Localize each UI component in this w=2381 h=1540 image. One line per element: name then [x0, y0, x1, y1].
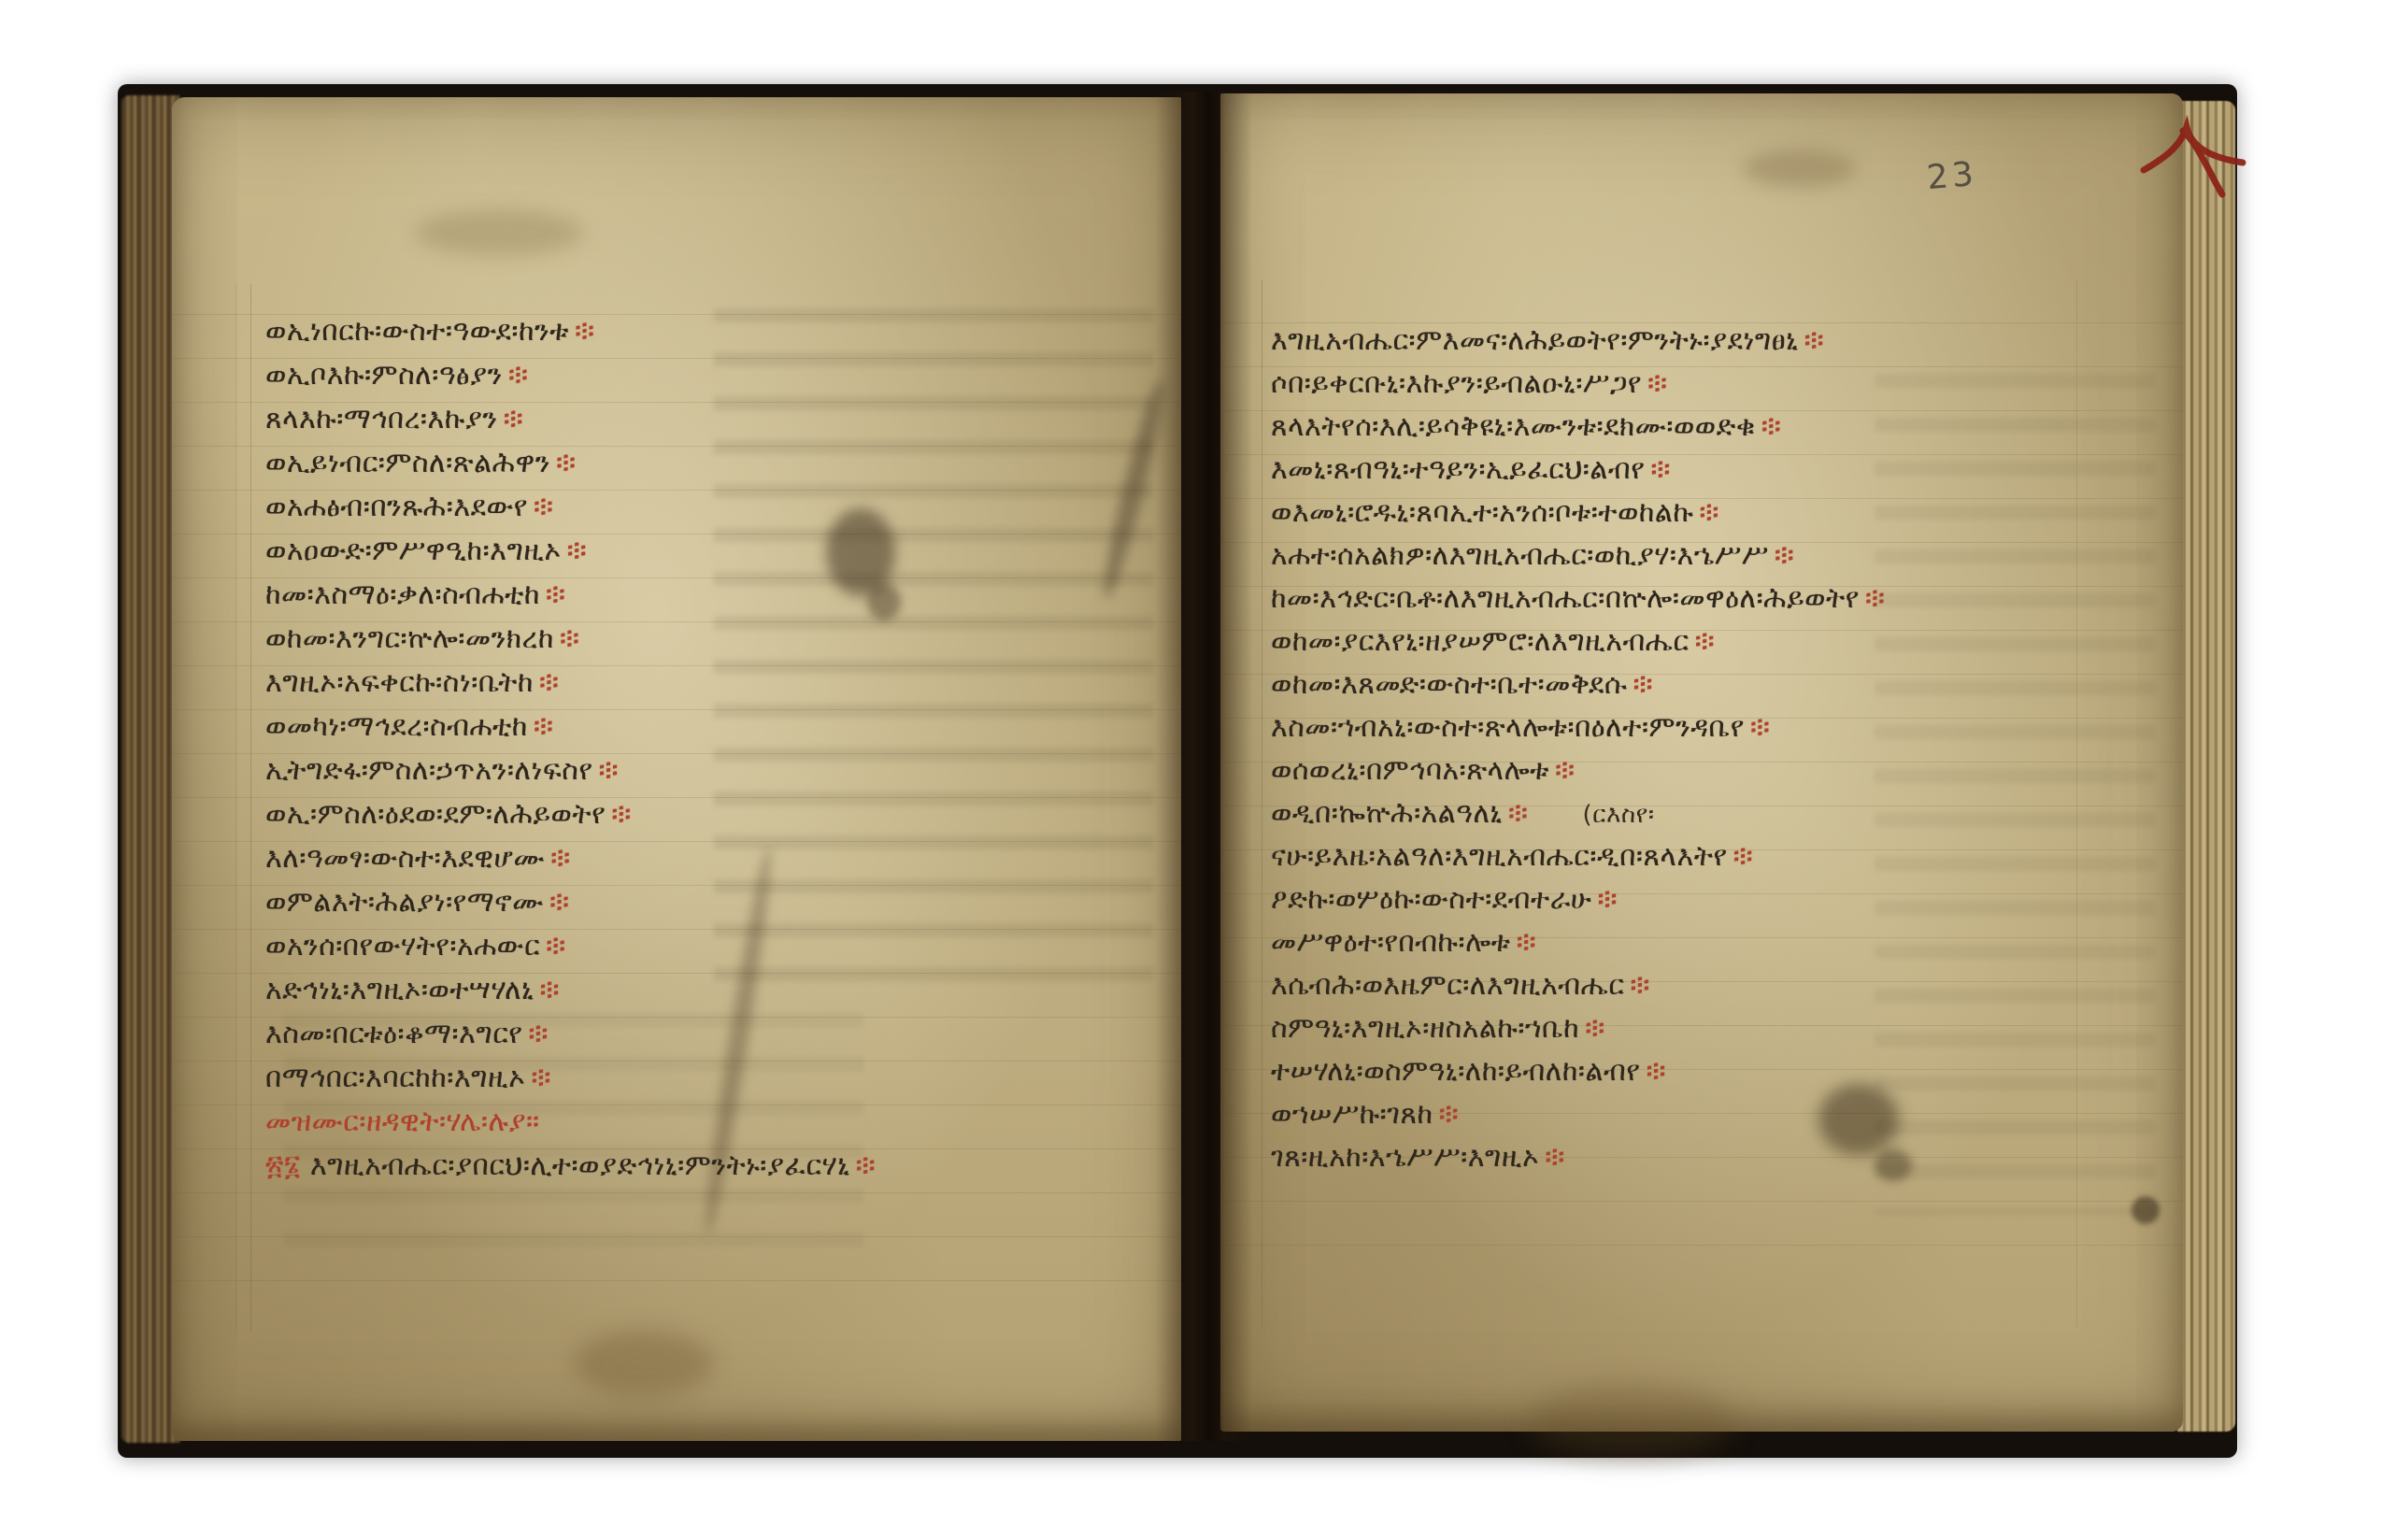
verse-mark: ፨	[550, 842, 571, 875]
verse-line: ከመ፡እኅድር፡ቤቶ፡ለእግዚአብሔር፡በኵሎ፡መዋዕለ፡ሕይወትየ፨	[1271, 578, 1885, 621]
verse-line: ወእመኒ፡ሮዱኒ፡ጸባኢተ፡አንሰ፡ቦቱ፡ተወከልኩ፨	[1271, 492, 1885, 535]
verse-mark: ፨	[1650, 453, 1671, 486]
verse-line: እስመ፡ኀብአኒ፡ውስተ፡ጽላሎቱ፡በዕለተ፡ምንዳቤየ፨	[1271, 707, 1885, 750]
verse-line: እሴብሕ፡ወእዜምር፡ለእግዚአብሔር፨	[1271, 965, 1885, 1008]
page-number: 23	[1925, 155, 1978, 198]
verse-line: እግዚኦ፡አፍቀርኩ፡ስነ፡ቤትከ፨	[265, 662, 876, 706]
verse-text: ወኢይነብር፡ምስለ፡ጽልሕዋን	[265, 447, 550, 479]
verse-line: በማኅበር፡እባርከከ፡እግዚኦ፨	[265, 1057, 876, 1101]
verse-line: ዖድኩ፡ወሦዕኩ፡ውስተ፡ደብተራሁ፨	[1271, 879, 1885, 922]
stain	[574, 1331, 714, 1396]
verse-text: ወመካነ፡ማኅደረ፡ስብሐቲከ	[265, 710, 528, 743]
stain	[415, 209, 583, 256]
stain	[2131, 1196, 2160, 1224]
verse-line: እለ፡ዓመፃ፡ውስተ፡እደዊሆሙ፨	[265, 837, 876, 881]
verse-text: እስመ፡ኀብአኒ፡ውስተ፡ጽላሎቱ፡በዕለተ፡ምንዳቤየ	[1271, 711, 1745, 744]
ink-bleed-ghost	[1875, 374, 2155, 1215]
verse-mark: ፨	[560, 622, 580, 655]
margin-rule	[1262, 280, 1262, 1327]
verse-mark: ፨	[1646, 1055, 1666, 1088]
verse-text: ወሰወረኒ፡በምኅባአ፡ጽላሎቱ	[1271, 754, 1549, 787]
verse-mark: ፨	[1775, 539, 1795, 572]
verse-text: ወኢቦእኩ፡ምስለ፡ዓፅያን	[265, 359, 503, 392]
verse-line: ወኢይነብር፡ምስለ፡ጽልሕዋን፨	[265, 442, 876, 486]
red-thread-marker	[2132, 90, 2263, 211]
verse-text: ከመ፡እስማዕ፡ቃለ፡ስብሐቲከ	[265, 578, 540, 611]
verse-mark: ፨	[1517, 926, 1537, 959]
verse-text: እግዚአብሔር፡ምእመና፡ለሕይወትየ፡ምንትኑ፡ያደነግፀኒ	[1271, 324, 1799, 357]
verse-line: ወአንሰ፡በየውሃትየ፡አሐውር፨	[265, 925, 876, 969]
verse-line: ሶበ፡ይቀርቡኒ፡እኩያን፡ይብልዑኒ፡ሥጋየ፨	[1271, 364, 1885, 406]
psalm-number-rubric: ፳፮	[265, 1149, 301, 1182]
verse-mark: ፨	[1699, 496, 1719, 529]
verse-text: ሶበ፡ይቀርቡኒ፡እኩያን፡ይብልዑኒ፡ሥጋየ	[1271, 367, 1642, 400]
left-page-stack-edge	[121, 95, 179, 1443]
margin-rule	[250, 284, 251, 1331]
verse-line: ናሁ፡ይእዜ፡አልዓለ፡እግዚአብሔር፡ዲበ፡ጸላእትየ፨	[1271, 836, 1885, 879]
verse-line: ወምልእት፡ሕልያነ፡የማኖሙ፨	[265, 881, 876, 925]
verse-text: ኢትግድፋ፡ምስለ፡ኃጥአን፡ለነፍስየ	[265, 754, 592, 787]
verse-mark: ፨	[531, 1062, 551, 1094]
right-page: እግዚአብሔር፡ምእመና፡ለሕይወትየ፡ምንትኑ፡ያደነግፀኒ፨ ሶበ፡ይቀርቡ…	[1220, 93, 2183, 1432]
verse-line: ወኢቦእኩ፡ምስለ፡ዓፅያን፨	[265, 354, 876, 398]
verse-mark: ፨	[528, 1018, 549, 1050]
fore-edge	[2177, 101, 2235, 1432]
left-text-block: ወኢነበርኩ፡ውስተ፡ዓውደ፡ከንቱ፨ ወኢቦእኩ፡ምስለ፡ዓፅያን፨ ጸላእኩ…	[265, 310, 876, 1189]
verse-text: ናሁ፡ይእዜ፡አልዓለ፡እግዚአብሔር፡ዲበ፡ጸላእትየ	[1271, 840, 1728, 873]
verse-line: ወኢነበርኩ፡ውስተ፡ዓውደ፡ከንቱ፨	[265, 310, 876, 354]
margin-insertion-note: (ርእስየ፡	[1582, 801, 1654, 829]
verse-mark: ፨	[567, 535, 588, 567]
verse-mark: ፨	[556, 447, 577, 479]
verse-mark: ፨	[598, 754, 619, 787]
verse-mark: ፨	[1804, 324, 1825, 357]
verse-line: እስመ፡በርቱዕ፡ቆማ፡እግርየ፨	[265, 1013, 876, 1057]
verse-mark: ፨	[1865, 582, 1886, 615]
verse-mark: ፨	[1632, 668, 1653, 701]
verse-text: ወኢነበርኩ፡ውስተ፡ዓውደ፡ከንቱ	[265, 315, 569, 348]
verse-line: ወከመ፡ያርእየኒ፡ዘያሠምሮ፡ለእግዚአብሔር፨	[1271, 621, 1885, 664]
verse-mark: ፨	[1508, 797, 1529, 830]
left-page: ወኢነበርኩ፡ውስተ፡ዓውደ፡ከንቱ፨ ወኢቦእኩ፡ምስለ፡ዓፅያን፨ ጸላእኩ…	[172, 97, 1181, 1441]
verse-mark: ፨	[549, 886, 570, 919]
verse-text: ወከመ፡እንግር፡ኵሎ፡መንክረከ	[265, 622, 554, 655]
verse-line: ወኀሠሥኩ፡ገጸከ፨	[1271, 1094, 1885, 1137]
verse-line: ተሠሃለኒ፡ወስምዓኒ፡ለከ፡ይብለከ፡ልብየ፨	[1271, 1051, 1885, 1094]
verse-mark: ፨	[534, 491, 554, 523]
verse-line: አሐተ፡ሰአልክዎ፡ለእግዚአብሔር፡ወኪያሃ፡እኄሥሥ፨	[1271, 535, 1885, 578]
verse-text: ከመ፡እኅድር፡ቤቶ፡ለእግዚአብሔር፡በኵሎ፡መዋዕለ፡ሕይወትየ	[1271, 582, 1860, 615]
verse-mark: ፨	[1647, 367, 1668, 400]
verse-line: ጸላእትየሰ፡እሊ፡ይሳቅዩኒ፡እሙንቱ፡ደክሙ፡ወወድቁ፨	[1271, 406, 1885, 449]
verse-line: ከመ፡እስማዕ፡ቃለ፡ስብሐቲከ፨	[265, 574, 876, 618]
verse-line: ወመካነ፡ማኅደረ፡ስብሐቲከ፨	[265, 706, 876, 749]
verse-text: ወኢ፡ምስለ፡ዕደወ፡ደም፡ለሕይወትየ	[265, 798, 606, 831]
verse-text: ወኀሠሥኩ፡ገጸከ	[1271, 1098, 1433, 1131]
verse-text: ወከመ፡እጸመድ፡ውስተ፡ቤተ፡መቅደሱ	[1271, 668, 1627, 701]
verse-mark: ፨	[534, 710, 554, 743]
rubric-text: መዝሙር፡ዘዳዊት፡ሃሌ፡ሉያ።	[265, 1105, 540, 1138]
verse-text: እግዚአብሔር፡ያበርህ፡ሊተ፡ወያድኅነኒ፡ምንትኑ፡ያፈርሃኒ	[310, 1149, 850, 1182]
verse-text: አድኅነኒ፡እግዚኦ፡ወተሣሃለኒ	[265, 974, 534, 1006]
verse-text: ዖድኩ፡ወሦዕኩ፡ውስተ፡ደብተራሁ	[1271, 883, 1591, 916]
verse-text: እግዚኦ፡አፍቀርኩ፡ስነ፡ቤትከ	[265, 666, 534, 699]
verse-line: ወኢ፡ምስለ፡ዕደወ፡ደም፡ለሕይወትየ፨	[265, 793, 876, 837]
verse-mark: ፨	[1695, 625, 1716, 658]
verse-text: ተሠሃለኒ፡ወስምዓኒ፡ለከ፡ይብለከ፡ልብየ	[1271, 1055, 1640, 1088]
right-text-block: እግዚአብሔር፡ምእመና፡ለሕይወትየ፡ምንትኑ፡ያደነግፀኒ፨ ሶበ፡ይቀርቡ…	[1271, 321, 1885, 1180]
gutter-shadow	[1155, 92, 1252, 1441]
verse-line: ስምዓኒ፡እግዚኦ፡ዘስአልኩ፡ኀቤከ፨	[1271, 1008, 1885, 1051]
verse-mark: ፨	[504, 403, 524, 435]
verse-line: ወሰወረኒ፡በምኅባአ፡ጽላሎቱ፨	[1271, 750, 1885, 793]
verse-text: ጸላእትየሰ፡እሊ፡ይሳቅዩኒ፡እሙንቱ፡ደክሙ፡ወወድቁ	[1271, 410, 1756, 443]
verse-line: መሥዋዕተ፡የበብኩ፡ሎቱ፨	[1271, 922, 1885, 965]
verse-text: በማኅበር፡እባርከከ፡እግዚኦ	[265, 1062, 525, 1094]
verse-text: እመኒ፡ጸብዓኒ፡ተዓይን፡ኢይፈርህ፡ልብየ	[1271, 453, 1645, 486]
verse-mark: ፨	[539, 974, 560, 1006]
verse-line: ወአሐፅብ፡በንጹሕ፡እደውየ፨	[265, 486, 876, 530]
verse-text: ወአሐፅብ፡በንጹሕ፡እደውየ	[265, 491, 528, 523]
verse-mark: ፨	[1597, 883, 1618, 916]
verse-text: መሥዋዕተ፡የበብኩ፡ሎቱ	[1271, 926, 1511, 959]
verse-mark: ፨	[1545, 1141, 1565, 1174]
verse-line: እግዚአብሔር፡ምእመና፡ለሕይወትየ፡ምንትኑ፡ያደነግፀኒ፨	[1271, 321, 1885, 364]
verse-text: ወእመኒ፡ሮዱኒ፡ጸባኢተ፡አንሰ፡ቦቱ፡ተወከልኩ	[1271, 496, 1693, 529]
verse-mark: ፨	[1761, 410, 1782, 443]
margin-rule	[2076, 280, 2077, 1327]
verse-mark: ፨	[546, 930, 566, 962]
margin-rule	[235, 284, 236, 1331]
verse-text: ገጸ፡ዚአከ፡እኄሥሥ፡እግዚኦ	[1271, 1141, 1539, 1174]
verse-text: ስምዓኒ፡እግዚኦ፡ዘስአልኩ፡ኀቤከ	[1271, 1012, 1579, 1045]
verse-line: ጸላእኩ፡ማኅበረ፡እኩያን፨	[265, 398, 876, 442]
verse-text: ወአንሰ፡በየውሃትየ፡አሐውር	[265, 930, 540, 962]
verse-mark: ፨	[1750, 711, 1771, 744]
verse-mark: ፨	[546, 578, 566, 611]
stain	[1744, 150, 1856, 187]
verse-line: አድኅነኒ፡እግዚኦ፡ወተሣሃለኒ፨	[265, 969, 876, 1013]
verse-line: እመኒ፡ጸብዓኒ፡ተዓይን፡ኢይፈርህ፡ልብየ፨	[1271, 449, 1885, 492]
verse-mark: ፨	[1439, 1098, 1460, 1131]
verse-mark: ፨	[508, 359, 529, 392]
verse-mark: ፨	[539, 666, 560, 699]
verse-text: ወምልእት፡ሕልያነ፡የማኖሙ	[265, 886, 544, 919]
verse-mark: ፨	[1555, 754, 1575, 787]
verse-text: አሐተ፡ሰአልክዎ፡ለእግዚአብሔር፡ወኪያሃ፡እኄሥሥ	[1271, 539, 1769, 572]
verse-text: እስመ፡በርቱዕ፡ቆማ፡እግርየ	[265, 1018, 522, 1050]
verse-mark: ፨	[611, 798, 632, 831]
verse-mark: ፨	[575, 315, 595, 348]
verse-text: ጸላእኩ፡ማኅበረ፡እኩያን	[265, 403, 498, 435]
verse-line: ወዲበ፡ኰኵሕ፡አልዓለኒ፨(ርእስየ፡	[1271, 793, 1885, 836]
psalm-title-rubric: መዝሙር፡ዘዳዊት፡ሃሌ፡ሉያ።	[265, 1101, 876, 1145]
verse-text: እሴብሕ፡ወእዜምር፡ለእግዚአብሔር	[1271, 969, 1624, 1002]
verse-text: ወከመ፡ያርእየኒ፡ዘያሠምሮ፡ለእግዚአብሔር	[1271, 625, 1690, 658]
manuscript-photo: ወኢነበርኩ፡ውስተ፡ዓውደ፡ከንቱ፨ ወኢቦእኩ፡ምስለ፡ዓፅያን፨ ጸላእኩ…	[0, 0, 2381, 1540]
verse-mark: ፨	[1733, 840, 1754, 873]
verse-line: ወከመ፡እንግር፡ኵሎ፡መንክረከ፨	[265, 618, 876, 662]
verse-line: ገጸ፡ዚአከ፡እኄሥሥ፡እግዚኦ፨	[1271, 1137, 1885, 1180]
verse-line: ወአዐውድ፡ምሥዋዒከ፡እግዚኦ፨	[265, 530, 876, 574]
verse-text: እለ፡ዓመፃ፡ውስተ፡እደዊሆሙ	[265, 842, 545, 875]
verse-line: ፳፮እግዚአብሔር፡ያበርህ፡ሊተ፡ወያድኅነኒ፡ምንትኑ፡ያፈርሃኒ፨	[265, 1145, 876, 1189]
verse-line: ወከመ፡እጸመድ፡ውስተ፡ቤተ፡መቅደሱ፨	[1271, 664, 1885, 707]
verse-mark: ፨	[1630, 969, 1650, 1002]
verse-line: ኢትግድፋ፡ምስለ፡ኃጥአን፡ለነፍስየ፨	[265, 749, 876, 793]
verse-mark: ፨	[856, 1149, 877, 1182]
verse-text: ወዲበ፡ኰኵሕ፡አልዓለኒ	[1271, 797, 1503, 830]
verse-text: ወአዐውድ፡ምሥዋዒከ፡እግዚኦ	[265, 535, 562, 567]
verse-mark: ፨	[1585, 1012, 1605, 1045]
